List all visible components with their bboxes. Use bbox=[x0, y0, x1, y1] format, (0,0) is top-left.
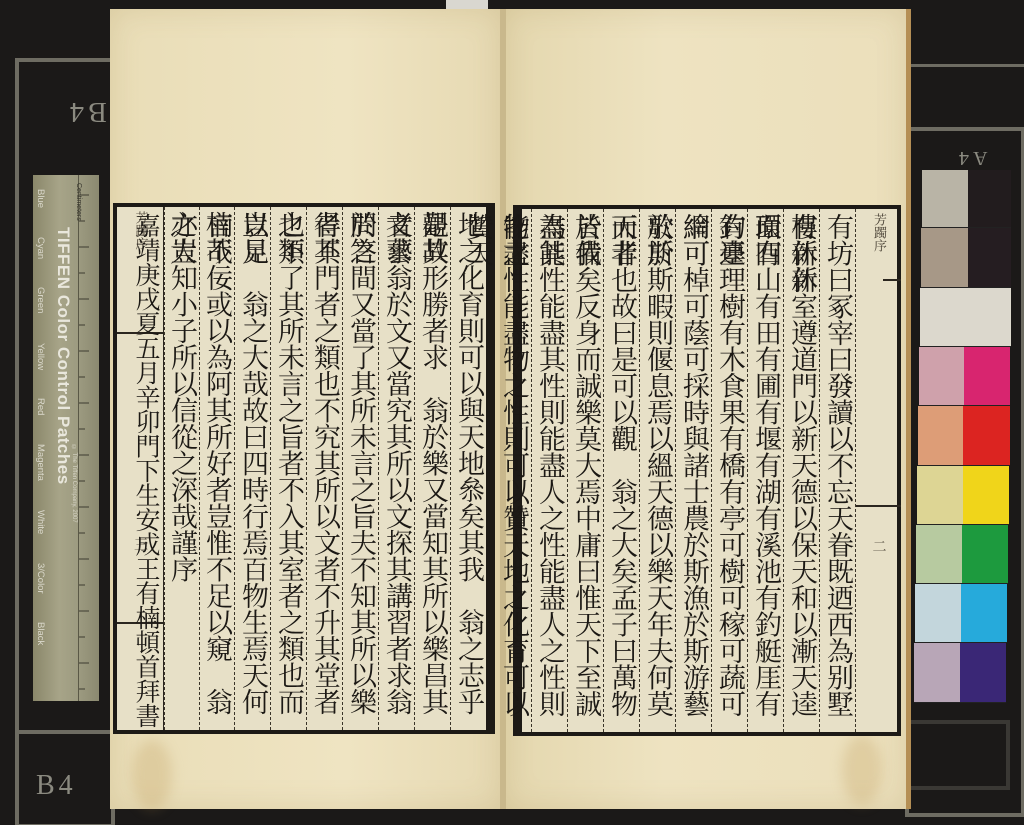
tiffen-name-green: Green bbox=[35, 287, 46, 313]
background-label-b4-top: B4 bbox=[66, 95, 107, 127]
patch-blue bbox=[960, 643, 1006, 703]
tiffen-centimeters-label: Centimeters bbox=[75, 183, 82, 221]
tiffen-name-magenta: Magenta bbox=[35, 444, 46, 481]
text-column: 盡其性能盡其性則能盡人之性能盡人之性則能盡 bbox=[531, 209, 567, 732]
folio-strip-right: 芳躅序 二 bbox=[855, 209, 901, 732]
tiffen-name-3color: 3/Color bbox=[35, 563, 46, 594]
tiffen-name-yellow: Yellow bbox=[35, 343, 46, 370]
patch-red bbox=[963, 406, 1010, 466]
text-frame-left: 芳躅序 三 地之化育則可以與天地叅矣其我 翁之志乎是故 觀其形勝者求 翁於樂又當… bbox=[113, 203, 495, 734]
text-column: 亦豈知小子所以信從之深哉謹序 bbox=[164, 207, 199, 730]
tiffen-name-blue: Blue bbox=[35, 189, 46, 208]
patch-green bbox=[962, 525, 1008, 584]
page-tab-top bbox=[446, 0, 488, 9]
folio-fishtail-upper-right bbox=[883, 279, 901, 281]
folio-title-right: 芳躅序 bbox=[869, 213, 888, 252]
patch-pale-cyan bbox=[915, 584, 961, 643]
patch-cyan bbox=[961, 584, 1007, 643]
text-column: 以見 翁之大哉故曰四時行焉百物生焉天何言哉 bbox=[234, 207, 270, 730]
text-frame-right: 有坊曰冢宰曰發讀以不忘天眷既迺西為别墅有新新 樓休休室遵道門以新天德以保天和以漸… bbox=[513, 205, 901, 736]
patch-yellow bbox=[963, 466, 1009, 525]
background-label-a4: A4 bbox=[955, 146, 987, 169]
tiffen-name-red: Red bbox=[35, 398, 46, 415]
patch-gray-light bbox=[922, 170, 968, 228]
folio-page-number-right: 二 bbox=[869, 539, 889, 553]
text-column: 觀其形勝者求 翁於樂又當知其所以樂昌其文藝 bbox=[414, 207, 450, 730]
text-column: 於我矣反身而誠樂莫大焉中庸曰惟天下至誠為能 bbox=[567, 209, 603, 732]
ruler-ticks-icon bbox=[79, 175, 99, 701]
text-column: 樓休休室遵道門以新天德以保天和以漸天逵環四 bbox=[783, 209, 819, 732]
tiffen-ruler bbox=[78, 175, 99, 701]
tiffen-copyright: © The Tiffen Company, 2007 bbox=[71, 445, 77, 523]
text-column: 也不了其所未言之旨者不入其室者之類也而豈足 bbox=[270, 207, 306, 730]
tiffen-color-names: Blue Cyan Green Yellow Red Magenta White… bbox=[35, 189, 46, 671]
text-column: 問之間又當了其所未言之旨夫不知其所以樂者不 bbox=[342, 207, 378, 730]
folio-fishtail-lower-right bbox=[856, 505, 901, 507]
stain-right bbox=[842, 735, 882, 805]
patch-pale-green bbox=[916, 525, 962, 584]
colophon-column: 嘉靖庚戌夏五月辛卯門下生安成王有楠頓首拜書 bbox=[127, 207, 164, 730]
patch-magenta bbox=[964, 347, 1010, 406]
background-guide-box-right-top bbox=[905, 64, 1024, 70]
tiffen-color-control-strip: Blue Cyan Green Yellow Red Magenta White… bbox=[33, 175, 99, 701]
text-column: 楠不佞或以為阿其所好者豈惟不足以窺 翁之大 bbox=[199, 207, 234, 730]
text-column: 物之性能盡物之性則可以贊天地之化育可以贊天 bbox=[495, 209, 531, 732]
tiffen-name-white: White bbox=[35, 510, 46, 534]
text-column: 有連理樹有木食果有橋有亭可樹可稼可蔬可網可 bbox=[711, 209, 747, 732]
color-calibration-chart bbox=[911, 170, 1011, 704]
patch-black-2 bbox=[968, 228, 1011, 288]
text-column: 者求翁於文又當究其所以文探其講習者求翁於答 bbox=[378, 207, 414, 730]
text-column: 歌於斯暇則偃息焉以縕天德以樂天年夫何莫而非 bbox=[639, 209, 675, 732]
tiffen-brand-label: TIFFEN Color Control Patches bbox=[53, 227, 73, 485]
patch-gray-brown bbox=[921, 228, 968, 288]
patch-pale-magenta bbox=[919, 347, 964, 406]
stain-left bbox=[132, 740, 172, 810]
background-label-b4-bottom: B4 bbox=[36, 770, 77, 802]
tiffen-name-cyan: Cyan bbox=[35, 237, 46, 259]
patch-pale-red bbox=[918, 406, 963, 466]
text-column: 面有山有田有圃有堰有湖有溪池有釣艇厓有釣臺 bbox=[747, 209, 783, 732]
patch-pale-blue bbox=[914, 643, 960, 703]
text-column: 地之化育則可以與天地叅矣其我 翁之志乎是故 bbox=[450, 207, 486, 730]
patch-black-1 bbox=[968, 170, 1011, 228]
text-column: 有坊曰冢宰曰發讀以不忘天眷既迺西為别墅有新新 bbox=[819, 209, 855, 732]
text-column: 得其門者之類也不究其所以文者不升其堂者之類 bbox=[306, 207, 342, 730]
background-guide-box-right-lower bbox=[900, 720, 1010, 790]
patch-white bbox=[920, 288, 1011, 347]
text-column: 綸可棹可蔭可採時與諸士農於斯漁於斯游藝於斯 bbox=[675, 209, 711, 732]
text-column: 天者也故曰是可以觀 翁之大矣孟子曰萬物皆備 bbox=[603, 209, 639, 732]
patch-pale-yellow bbox=[917, 466, 963, 525]
tiffen-name-black: Black bbox=[35, 622, 46, 645]
